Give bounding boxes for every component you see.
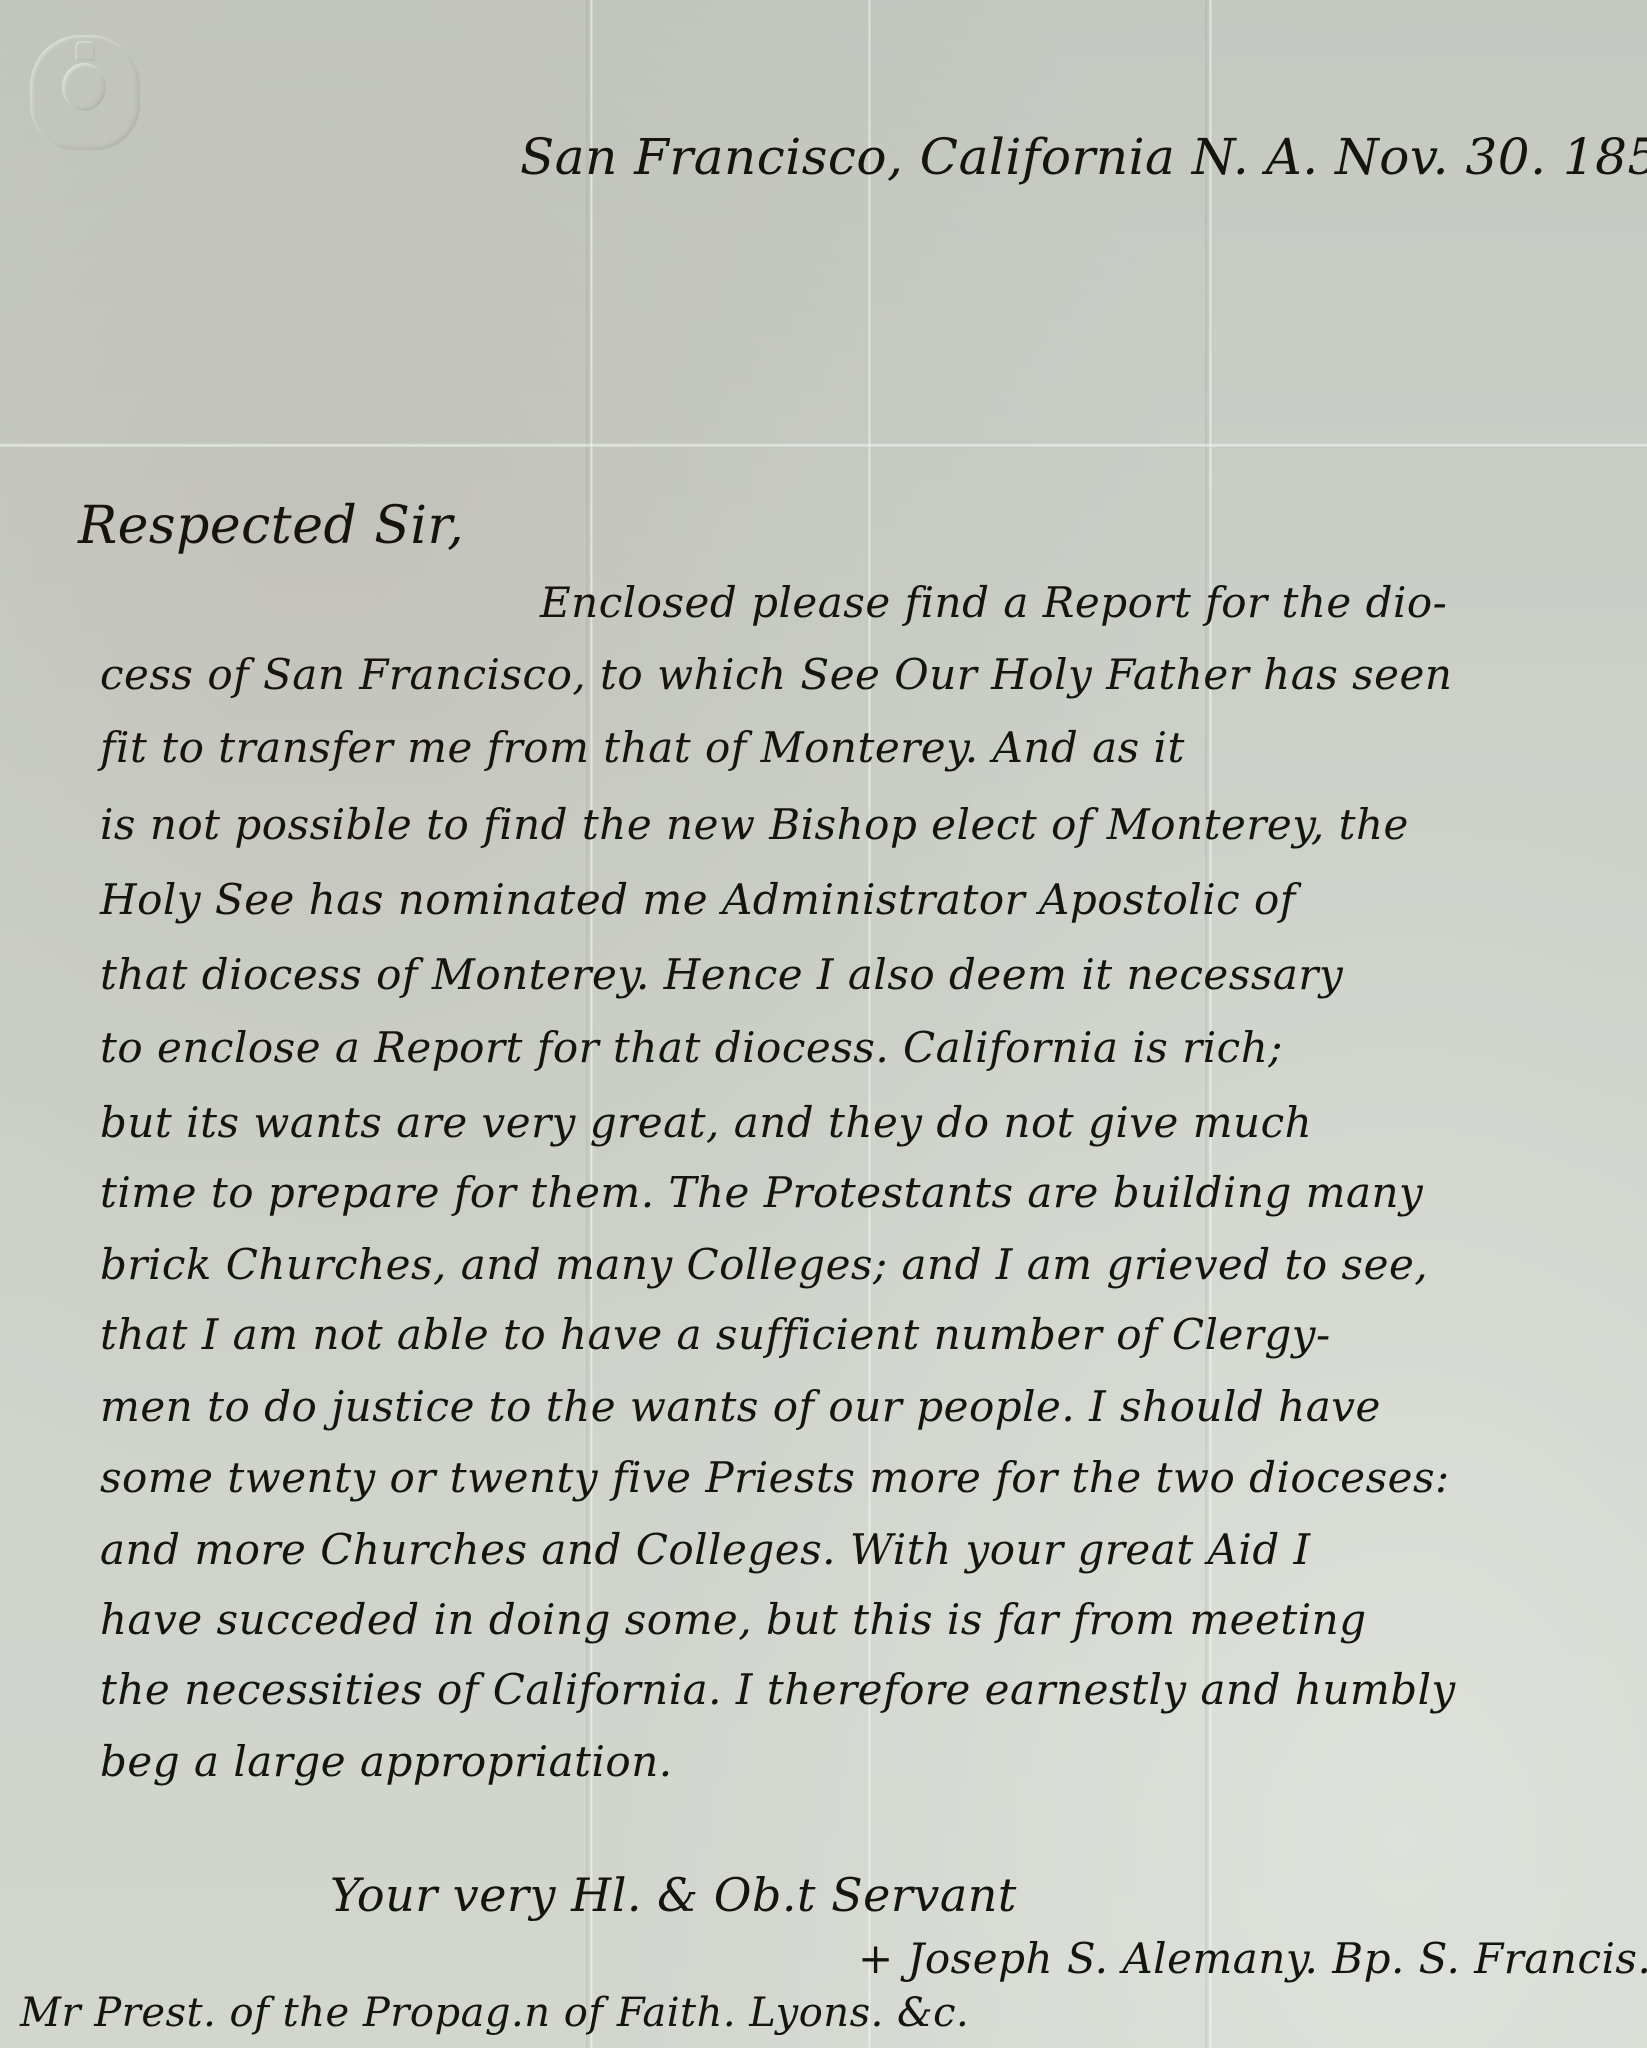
body-line: but its wants are very great, and they d… [100,1098,1312,1147]
embossed-crest-icon [30,35,140,150]
body-line: fit to transfer me from that of Monterey… [100,723,1185,772]
body-line: men to do justice to the wants of our pe… [100,1382,1381,1431]
dateline: San Francisco, California N. A. Nov. 30.… [520,128,1647,186]
body-line: have succeded in doing some, but this is… [100,1595,1367,1644]
body-line: Holy See has nominated me Administrator … [100,875,1296,924]
body-line: some twenty or twenty five Priests more … [100,1453,1450,1502]
signature: + Joseph S. Alemany. Bp. S. Francis. [858,1934,1647,1983]
body-line: beg a large appropriation. [100,1737,673,1786]
letter-sheet: San Francisco, California N. A. Nov. 30.… [0,0,1647,2048]
body-line: to enclose a Report for that diocess. Ca… [100,1023,1283,1072]
body-line: brick Churches, and many Colleges; and I… [100,1240,1428,1289]
body-line: is not possible to find the new Bishop e… [100,800,1409,849]
body-line: cess of San Francisco, to which See Our … [100,650,1452,699]
addressee: Mr Prest. of the Propag.n of Faith. Lyon… [20,1990,969,2036]
body-line: that I am not able to have a sufficient … [100,1310,1331,1359]
body-line: time to prepare for them. The Protestant… [100,1168,1423,1217]
salutation: Respected Sir, [78,496,464,556]
body-line: Enclosed please find a Report for the di… [540,578,1447,627]
body-line: and more Churches and Colleges. With you… [100,1525,1311,1574]
body-line: the necessities of California. I therefo… [100,1665,1456,1714]
fold-crease-horizontal [0,443,1647,448]
body-line: that diocess of Monterey. Hence I also d… [100,950,1343,999]
closing: Your very Hl. & Ob.t Servant [330,1868,1017,1922]
